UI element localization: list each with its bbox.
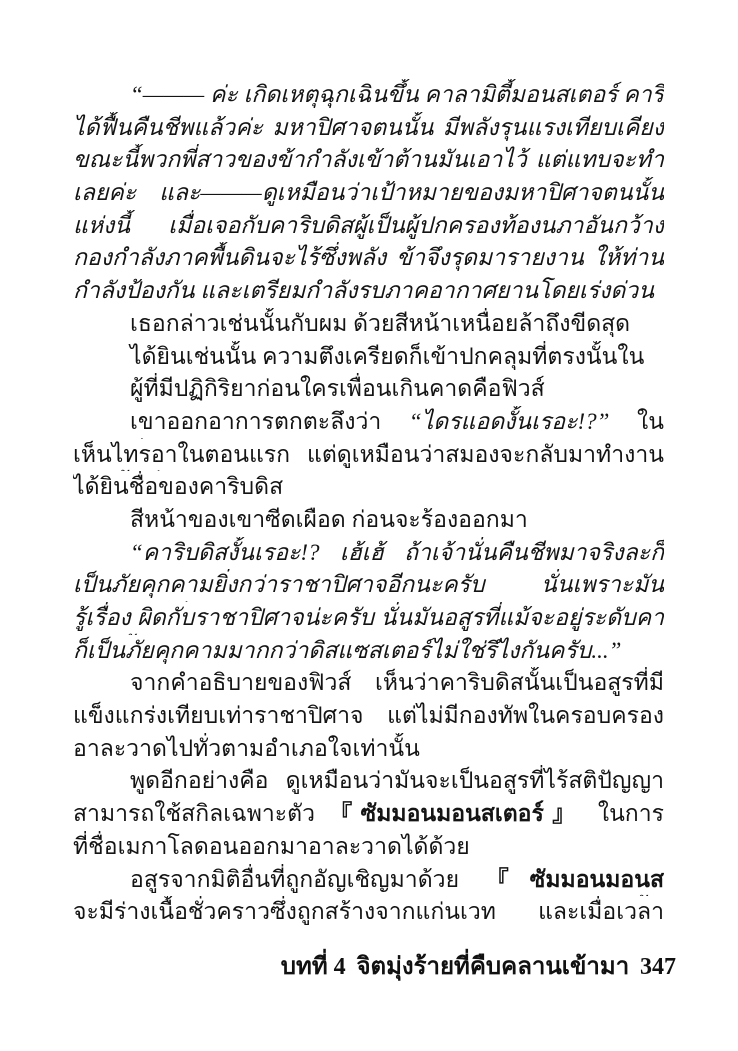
skill-name-text: 『ซัมมอนมอนสเตอร์』 bbox=[329, 801, 583, 826]
narration-line: เห็นไทรอาในตอนแรก แต่ดูเหมือนว่าสมองจะกล… bbox=[73, 439, 664, 472]
text-segment: กองกำลังภาคพื้นดินจะไร้ซึ่งพลัง ข้าจึงรุ… bbox=[73, 245, 664, 275]
narration-line: ได้ยินเช่นนั้น ความตึงเครียดก็เข้าปกคลุม… bbox=[73, 341, 664, 374]
text-segment: จากคำอธิบายของฟิวส์ เห็นว่าคาริบดิสนั้นเ… bbox=[73, 670, 664, 700]
narration-line: เขาออกอาการตกตะลึงว่า “ไดรแอดงั้นเรอะ!?”… bbox=[73, 406, 664, 439]
page-number: 347 bbox=[640, 954, 676, 980]
dialogue-line: “คาริบดิสงั้นเรอะ!? เฮ้เฮ้ ถ้าเจ้านั่นคื… bbox=[73, 537, 664, 570]
text-segment: เขาออกอาการตกตะลึงว่า bbox=[130, 409, 409, 434]
narration-line: อาละวาดไปทั่วตามอำเภอใจเท่านั้น bbox=[73, 733, 664, 766]
narration-line: ที่ชื่อเมกาโลดอนออกมาอาละวาดได้ด้วย bbox=[73, 831, 664, 864]
narration-line: ผู้ที่มีปฏิกิริยาก่อนใครเพื่อนเกินคาดคือ… bbox=[73, 373, 664, 406]
text-segment: แห่งนี้ เมื่อเจอกับคาริบดิสผู้เป็นผู้ปกค… bbox=[73, 213, 664, 243]
narration-line: ได้ยินชื่อของคาริบดิส bbox=[73, 471, 664, 504]
text-segment: รู้เรื่อง ผิดกับราชาปิศาจน่ะครับ นั่นมัน… bbox=[73, 605, 664, 635]
narration-line: สีหน้าของเขาซีดเผือด ก่อนจะร้องออกมา bbox=[73, 504, 664, 537]
text-segment: พูดอีกอย่างคือ ดูเหมือนว่ามันจะเป็นอสูรท… bbox=[73, 768, 664, 798]
inline-quote-text: “ไดรแอดงั้นเรอะ!?” bbox=[409, 409, 610, 434]
text-segment: จะมีร่างเนื้อชั่วคราวซึ่งถูกสร้างจากแก่น… bbox=[73, 899, 664, 929]
text-segment: ขณะนี้พวกพี่สาวของข้ากำลังเข้าต้านมันเอา… bbox=[73, 147, 664, 177]
text-segment: เลยค่ะ และ———ดูเหมือนว่าเป้าหมายของมหาปิ… bbox=[73, 180, 664, 210]
dialogue-line: แห่งนี้ เมื่อเจอกับคาริบดิสผู้เป็นผู้ปกค… bbox=[73, 210, 664, 243]
text-segment: ได้ฟื้นคืนชีพแล้วค่ะ มหาปิศาจตนนั้น มีพล… bbox=[73, 115, 664, 145]
body-text-block: “——— ค่ะ เกิดเหตุฉุกเฉินขึ้น คาลามิตี้มอ… bbox=[73, 79, 664, 929]
dialogue-line: ขณะนี้พวกพี่สาวของข้ากำลังเข้าต้านมันเอา… bbox=[73, 144, 664, 177]
narration-line: จากคำอธิบายของฟิวส์ เห็นว่าคาริบดิสนั้นเ… bbox=[73, 667, 664, 700]
dialogue-line: ได้ฟื้นคืนชีพแล้วค่ะ มหาปิศาจตนนั้น มีพล… bbox=[73, 112, 664, 145]
text-segment: “คาริบดิสงั้นเรอะ!? เฮ้เฮ้ ถ้าเจ้านั่นคื… bbox=[73, 540, 664, 570]
narration-line: เธอกล่าวเช่นนั้นกับผม ด้วยสีหน้าเหนื่อยล… bbox=[73, 308, 664, 341]
text-segment: สีหน้าของเขาซีดเผือด ก่อนจะร้องออกมา bbox=[130, 507, 528, 532]
chapter-label: บทที่ 4 bbox=[281, 954, 346, 980]
dialogue-line: กำลังป้องกัน และเตรียมกำลังรบภาคอากาศยาน… bbox=[73, 275, 664, 308]
dialogue-line: “——— ค่ะ เกิดเหตุฉุกเฉินขึ้น คาลามิตี้มอ… bbox=[73, 79, 664, 112]
text-segment: อสูรจากมิติอื่นที่ถูกอัญเชิญมาด้วย bbox=[130, 867, 486, 892]
text-segment: เป็นภัยคุกคามยิ่งกว่าราชาปิศาจอีกนะครับ … bbox=[73, 572, 664, 602]
text-segment: ได้ยินเช่นนั้น ความตึงเครียดก็เข้าปกคลุม… bbox=[73, 344, 644, 374]
text-segment: ที่ชื่อเมกาโลดอนออกมาอาละวาดได้ด้วย bbox=[73, 834, 470, 859]
narration-line: จะมีร่างเนื้อชั่วคราวซึ่งถูกสร้างจากแก่น… bbox=[73, 896, 664, 929]
dialogue-line: เป็นภัยคุกคามยิ่งกว่าราชาปิศาจอีกนะครับ … bbox=[73, 569, 664, 602]
text-segment: สามารถใช้สกิลเฉพาะตัว bbox=[73, 801, 329, 826]
text-segment: ผู้ที่มีปฏิกิริยาก่อนใครเพื่อนเกินคาดคือ… bbox=[130, 376, 545, 401]
text-segment: เห็นไทรอาในตอนแรก แต่ดูเหมือนว่าสมองจะกล… bbox=[73, 442, 664, 472]
narration-line: อสูรจากมิติอื่นที่ถูกอัญเชิญมาด้วย 『ซัมม… bbox=[73, 864, 664, 897]
text-segment: ก็เป็นภัยคุกคามมากกว่าดิสแซสเตอร์ไม่ใช่ร… bbox=[73, 638, 621, 663]
narration-line: แข็งแกร่งเทียบเท่าราชาปิศาจ แต่ไม่มีกองท… bbox=[73, 700, 664, 733]
dialogue-line: ก็เป็นภัยคุกคามมากกว่าดิสแซสเตอร์ไม่ใช่ร… bbox=[73, 635, 664, 668]
text-segment: อาละวาดไปทั่วตามอำเภอใจเท่านั้น bbox=[73, 736, 420, 761]
novel-page: “——— ค่ะ เกิดเหตุฉุกเฉินขึ้น คาลามิตี้มอ… bbox=[0, 0, 738, 1051]
text-segment: แข็งแกร่งเทียบเท่าราชาปิศาจ แต่ไม่มีกองท… bbox=[73, 703, 664, 733]
text-segment: ได้ยินชื่อของคาริบดิส bbox=[73, 474, 283, 499]
text-segment: “——— ค่ะ เกิดเหตุฉุกเฉินขึ้น คาลามิตี้มอ… bbox=[73, 82, 664, 112]
page-footer: บทที่ 4จิตมุ่งร้ายที่คืบคลานเข้ามา347 bbox=[281, 951, 676, 983]
text-segment: กำลังป้องกัน และเตรียมกำลังรบภาคอากาศยาน… bbox=[73, 278, 654, 308]
dialogue-line: เลยค่ะ และ———ดูเหมือนว่าเป้าหมายของมหาปิ… bbox=[73, 177, 664, 210]
text-segment: เธอกล่าวเช่นนั้นกับผม ด้วยสีหน้าเหนื่อยล… bbox=[130, 311, 630, 336]
narration-line: สามารถใช้สกิลเฉพาะตัว 『ซัมมอนมอนสเตอร์』 … bbox=[73, 798, 664, 831]
dialogue-line: รู้เรื่อง ผิดกับราชาปิศาจน่ะครับ นั่นมัน… bbox=[73, 602, 664, 635]
narration-line: พูดอีกอย่างคือ ดูเหมือนว่ามันจะเป็นอสูรท… bbox=[73, 765, 664, 798]
chapter-title: จิตมุ่งร้ายที่คืบคลานเข้ามา bbox=[356, 954, 629, 980]
dialogue-line: กองกำลังภาคพื้นดินจะไร้ซึ่งพลัง ข้าจึงรุ… bbox=[73, 242, 664, 275]
